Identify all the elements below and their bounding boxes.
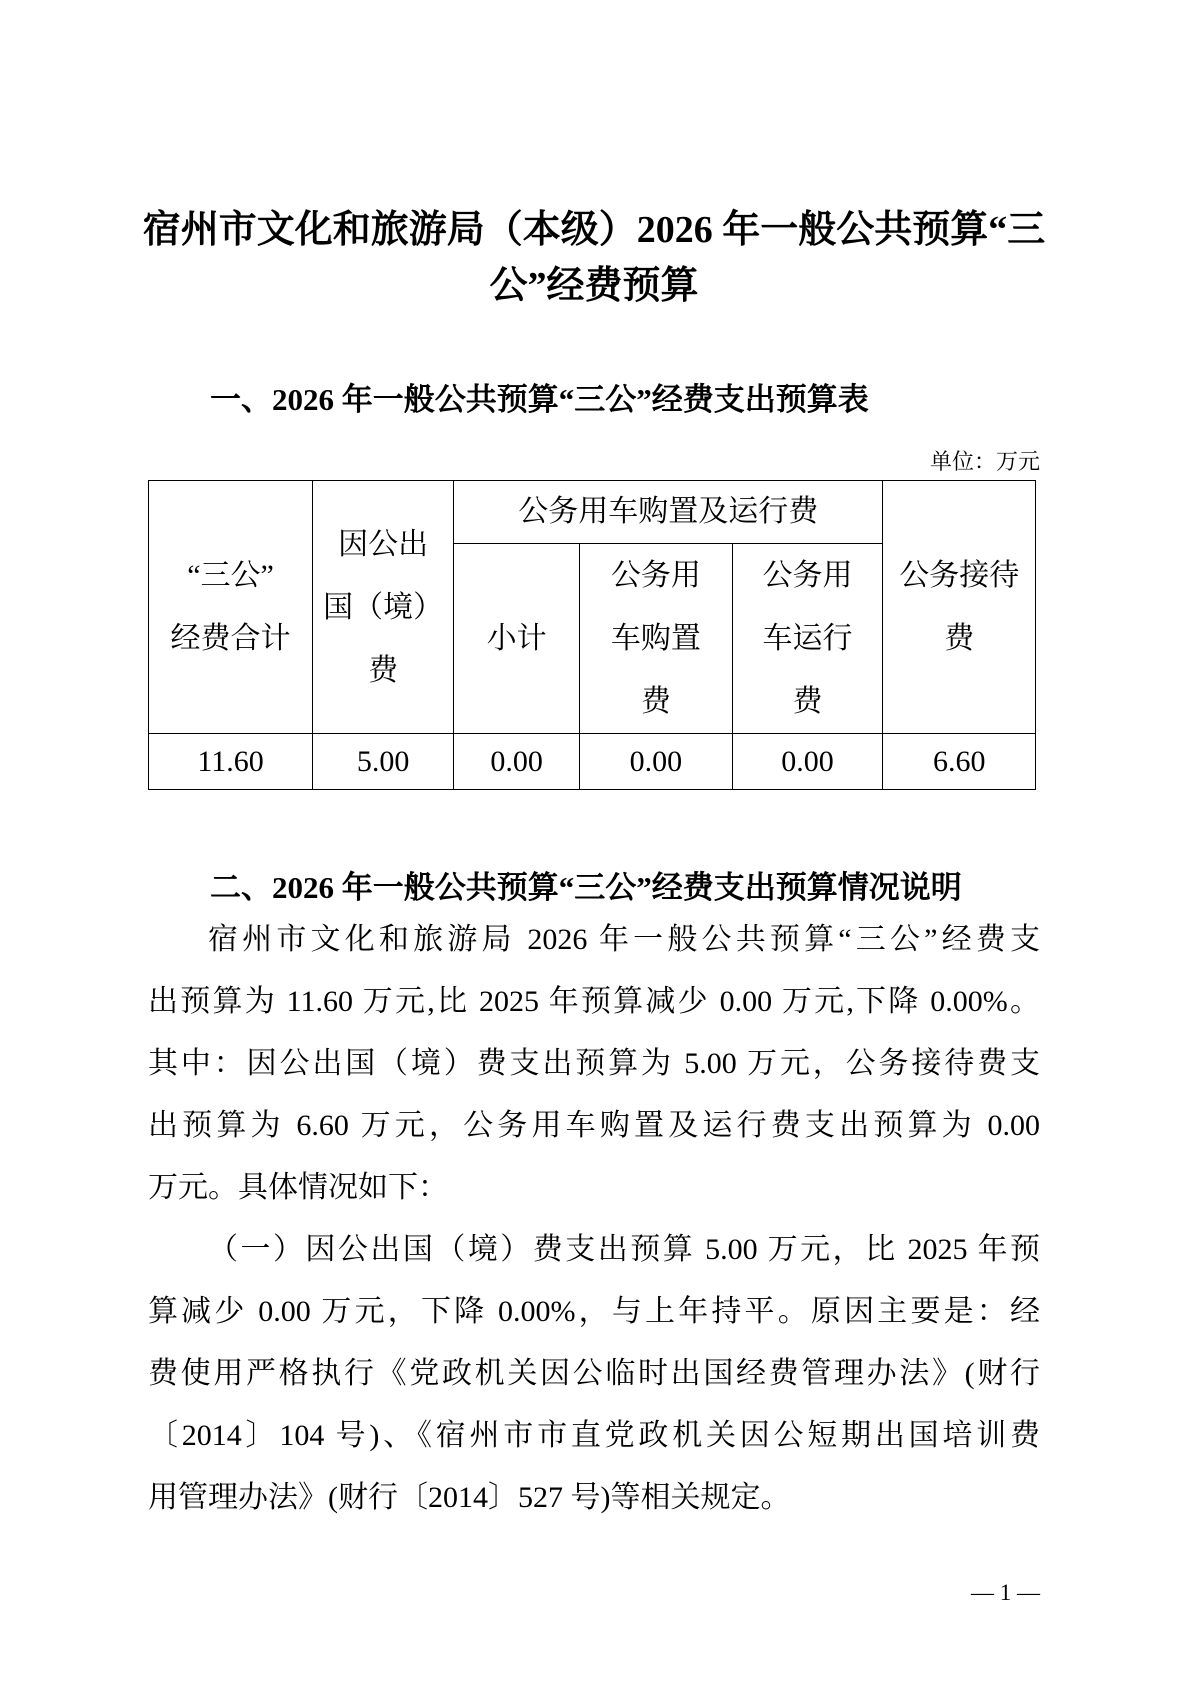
body-line: 算减少 0.00 万元，下降 0.00%，与上年持平。原因主要是：经 bbox=[148, 1281, 1040, 1343]
header-line: 车购置 bbox=[580, 607, 732, 670]
body-line: （一）因公出国（境）费支出预算 5.00 万元，比 2025 年预 bbox=[148, 1219, 1040, 1281]
body-line: 费使用严格执行《党政机关因公临时出国经费管理办法》(财行 bbox=[148, 1343, 1040, 1405]
header-cell-sangong-total: “三公” 经费合计 bbox=[149, 481, 313, 734]
header-line: “三公” bbox=[149, 544, 312, 607]
document-title: 宿州市文化和旅游局（本级）2026 年一般公共预算“三 公”经费预算 bbox=[148, 202, 1040, 314]
header-cell-vehicle-span: 公务用车购置及运行费 bbox=[454, 481, 883, 544]
value-abroad-fee: 5.00 bbox=[313, 734, 454, 790]
section2-heading: 二、2026 年一般公共预算“三公”经费支出预算情况说明 bbox=[148, 867, 1040, 909]
body-line: 用管理办法》(财行〔2014〕527 号)等相关规定。 bbox=[148, 1467, 1040, 1529]
value-vehicle-operation: 0.00 bbox=[732, 734, 883, 790]
header-line: 费 bbox=[883, 607, 1035, 670]
value-vehicle-purchase: 0.00 bbox=[580, 734, 733, 790]
body-line: 万元。具体情况如下： bbox=[148, 1157, 1040, 1219]
title-line-1: 宿州市文化和旅游局（本级）2026 年一般公共预算“三 bbox=[143, 202, 1046, 258]
body-line: 出预算为 6.60 万元，公务用车购置及运行费支出预算为 0.00 bbox=[148, 1095, 1040, 1157]
value-subtotal: 0.00 bbox=[454, 734, 580, 790]
paragraph-abroad-detail: （一）因公出国（境）费支出预算 5.00 万元，比 2025 年预 算减少 0.… bbox=[148, 1219, 1040, 1529]
header-cell-reception-fee: 公务接待 费 bbox=[883, 481, 1036, 734]
table-header-row-1: “三公” 经费合计 因公出 国（境） 费 公务用车购置及运行费 公务接待 费 bbox=[149, 481, 1036, 544]
header-line: 费 bbox=[733, 670, 883, 733]
header-line: 公务接待 bbox=[883, 544, 1035, 607]
table-value-row: 11.60 5.00 0.00 0.00 0.00 6.60 bbox=[149, 734, 1036, 790]
header-line: 费 bbox=[580, 670, 732, 733]
section1-heading: 一、2026 年一般公共预算“三公”经费支出预算表 bbox=[148, 379, 1040, 421]
header-line: 公务用 bbox=[580, 544, 732, 607]
header-line: 小计 bbox=[454, 607, 579, 670]
body-line: 其中：因公出国（境）费支出预算为 5.00 万元，公务接待费支 bbox=[148, 1033, 1040, 1095]
header-cell-vehicle-purchase: 公务用 车购置 费 bbox=[580, 544, 733, 734]
paragraph-overview: 宿州市文化和旅游局 2026 年一般公共预算“三公”经费支 出预算为 11.60… bbox=[148, 909, 1040, 1219]
body-line: 〔2014〕104 号)、《宿州市市直党政机关因公短期出国培训费 bbox=[148, 1405, 1040, 1467]
header-line: 公务用 bbox=[733, 544, 883, 607]
page-number: — 1 — bbox=[148, 1577, 1040, 1609]
value-sangong-total: 11.60 bbox=[149, 734, 313, 790]
header-line: 经费合计 bbox=[149, 607, 312, 670]
document-page: 宿州市文化和旅游局（本级）2026 年一般公共预算“三 公”经费预算 一、202… bbox=[0, 0, 1190, 1683]
body-line: 宿州市文化和旅游局 2026 年一般公共预算“三公”经费支 bbox=[148, 909, 1040, 971]
value-reception-fee: 6.60 bbox=[883, 734, 1036, 790]
header-cell-vehicle-operation: 公务用 车运行 费 bbox=[732, 544, 883, 734]
budget-table: “三公” 经费合计 因公出 国（境） 费 公务用车购置及运行费 公务接待 费 小… bbox=[148, 480, 1036, 790]
unit-label: 单位：万元 bbox=[148, 447, 1040, 477]
header-line: 费 bbox=[313, 639, 453, 702]
header-line: 国（境） bbox=[313, 576, 453, 639]
body-line: 出预算为 11.60 万元,比 2025 年预算减少 0.00 万元,下降 0.… bbox=[148, 971, 1040, 1033]
header-cell-abroad-fee: 因公出 国（境） 费 bbox=[313, 481, 454, 734]
header-cell-subtotal: 小计 bbox=[454, 544, 580, 734]
title-line-2: 公”经费预算 bbox=[489, 258, 698, 314]
header-line: 因公出 bbox=[313, 513, 453, 576]
header-line: 车运行 bbox=[733, 607, 883, 670]
